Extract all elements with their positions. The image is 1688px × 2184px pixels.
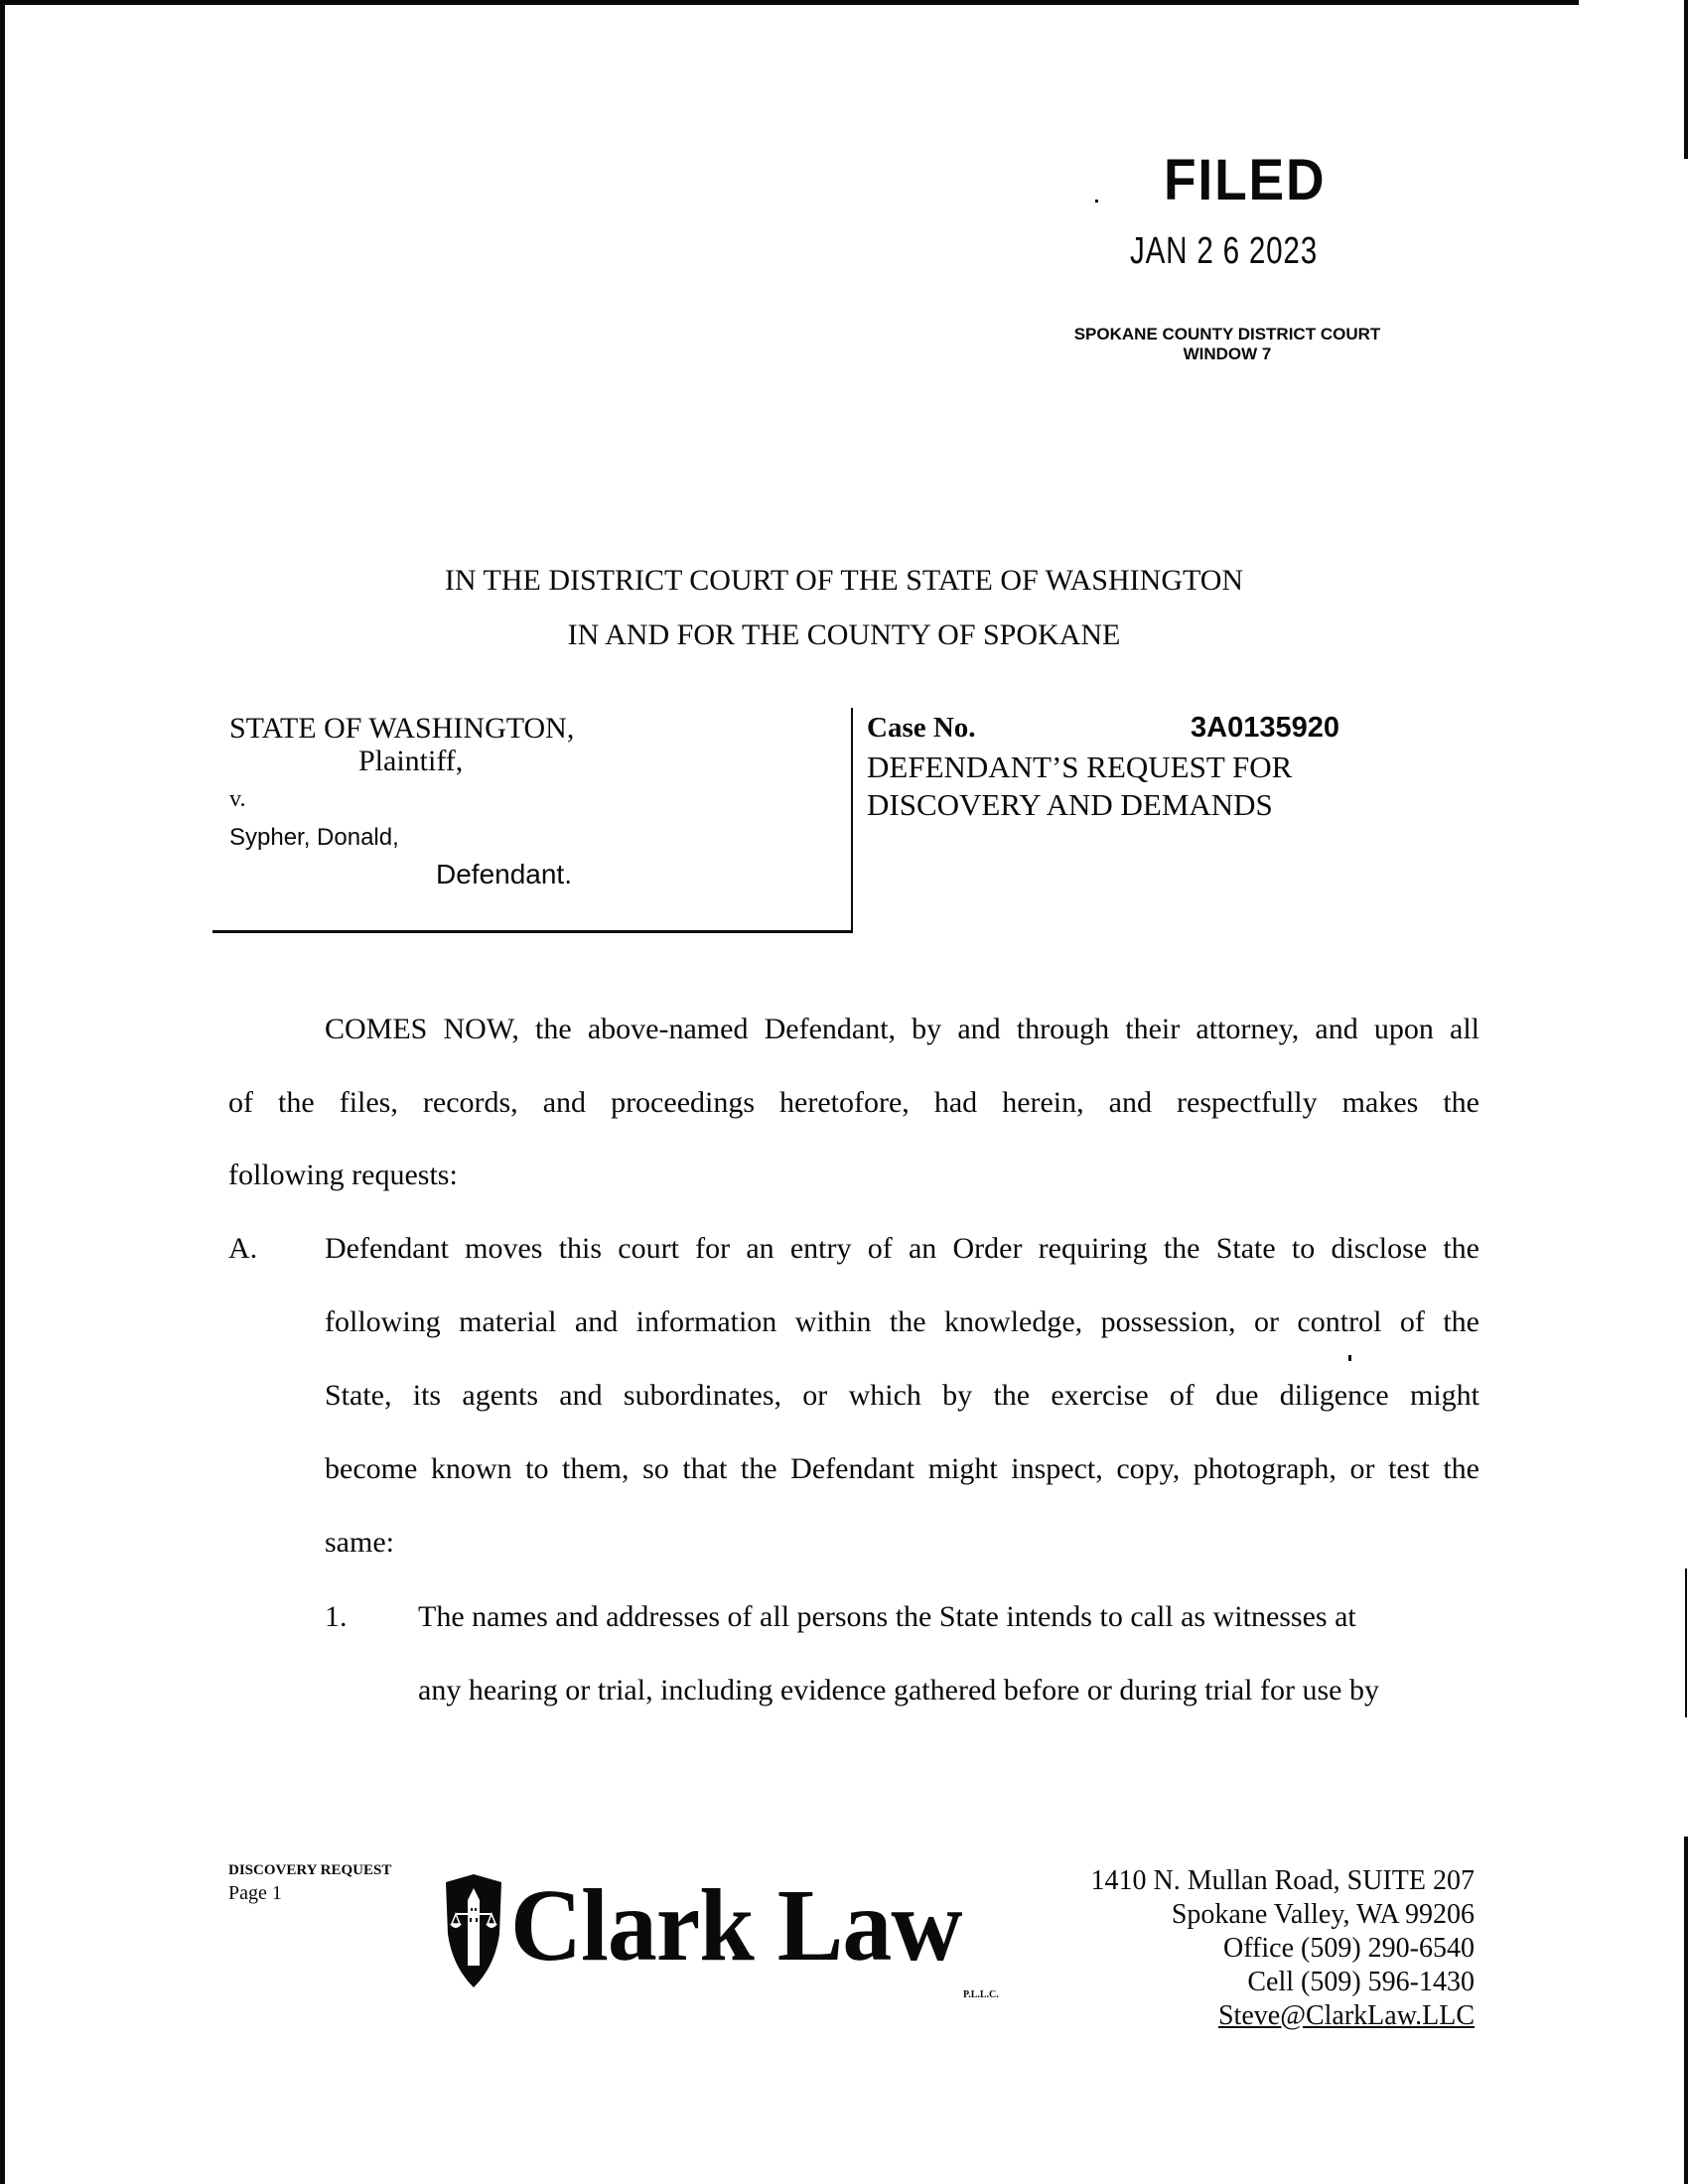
scan-edge-right (1684, 1837, 1688, 2184)
caption-divider-vertical (851, 708, 853, 932)
section-a-line: Defendant moves this court for an entry … (325, 1232, 1479, 1266)
stamp-court-name: SPOKANE COUNTY DISTRICT COURT (1058, 325, 1396, 344)
court-heading-line2: IN AND FOR THE COUNTY OF SPOKANE (0, 618, 1688, 652)
item-1-line: The names and addresses of all persons t… (418, 1600, 1356, 1634)
scan-edge-right (1685, 1569, 1687, 1717)
email-link[interactable]: Steve@ClarkLaw.LLC (1090, 1999, 1475, 2033)
scan-edge-top (0, 0, 1579, 5)
item-1-line: any hearing or trial, including evidence… (418, 1674, 1379, 1707)
item-1-label: 1. (325, 1600, 348, 1634)
defendant-label: Defendant. (436, 859, 572, 890)
intro-paragraph-line: following requests: (228, 1159, 458, 1192)
case-number: 3A0135920 (1191, 712, 1339, 745)
plaintiff-label: Plaintiff, (358, 745, 463, 778)
stamp-date: JAN 2 6 2023 (1130, 230, 1318, 273)
stamp-window: WINDOW 7 (1058, 344, 1396, 364)
address-line1: 1410 N. Mullan Road, SUITE 207 (1090, 1864, 1475, 1898)
intro-paragraph-line: COMES NOW, the above-named Defendant, by… (325, 1013, 1479, 1046)
section-a-line: State, its agents and subordinates, or w… (325, 1379, 1479, 1413)
section-a-line: same: (325, 1526, 394, 1560)
firm-suffix: P.L.L.C. (963, 1989, 999, 2000)
document-title-line2: DISCOVERY AND DEMANDS (867, 787, 1273, 823)
defendant-name: Sypher, Donald, (229, 824, 399, 852)
cell-phone: Cell (509) 596-1430 (1090, 1966, 1475, 1999)
case-number-label: Case No. (867, 712, 976, 745)
document-title-line1: DEFENDANT’S REQUEST FOR (867, 750, 1292, 785)
firm-name: Clark Law (510, 1866, 962, 1984)
plaintiff-name: STATE OF WASHINGTON, (229, 712, 574, 746)
scan-speck (1348, 1355, 1351, 1361)
address-line2: Spokane Valley, WA 99206 (1090, 1898, 1475, 1932)
scan-edge-left (0, 0, 5, 2184)
section-a-line: become known to them, so that the Defend… (325, 1452, 1479, 1486)
caption-divider-horizontal (212, 930, 853, 933)
page-number: Page 1 (228, 1882, 282, 1905)
scan-edge-right (1684, 0, 1688, 159)
section-a-label: A. (228, 1232, 257, 1266)
stamp-status: FILED (1164, 147, 1326, 213)
court-heading-line1: IN THE DISTRICT COURT OF THE STATE OF WA… (0, 564, 1688, 598)
office-phone: Office (509) 290-6540 (1090, 1932, 1475, 1966)
intro-paragraph-line: of the files, records, and proceedings h… (228, 1086, 1479, 1120)
stamp-speck (1095, 200, 1098, 203)
shield-scales-icon (444, 1874, 503, 1991)
footer-document-label: DISCOVERY REQUEST (228, 1862, 391, 1879)
section-a-line: following material and information withi… (325, 1305, 1479, 1339)
stamp-court: SPOKANE COUNTY DISTRICT COURT WINDOW 7 (1058, 325, 1396, 364)
firm-contact: 1410 N. Mullan Road, SUITE 207 Spokane V… (1090, 1864, 1475, 2033)
versus-label: v. (229, 786, 245, 813)
